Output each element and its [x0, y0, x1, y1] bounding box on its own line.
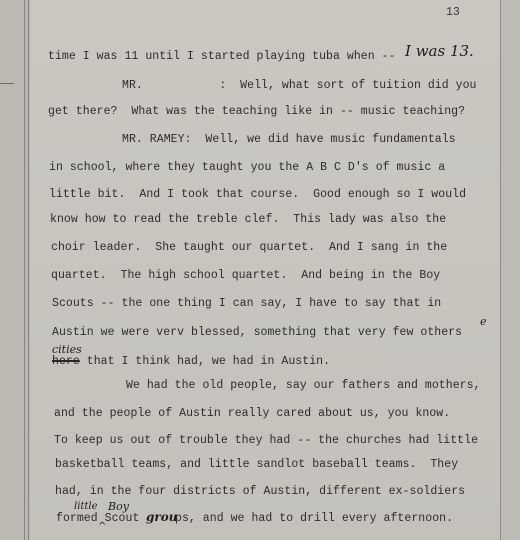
struck-word-line: here that I think had, we had in Austin.	[52, 355, 330, 368]
text-line: quartet. The high school quartet. And be…	[51, 269, 440, 282]
text-line: To keep us out of trouble they had -- th…	[54, 434, 478, 447]
page-number: 13	[446, 6, 460, 19]
right-margin	[501, 0, 520, 540]
margin-mark	[0, 83, 14, 84]
text-line: basketball teams, and little sandlot bas…	[55, 458, 458, 471]
handwritten-insert: little	[74, 501, 98, 512]
text-line: choir leader. She taught our quartet. An…	[51, 241, 447, 254]
text-line: had, in the four districts of Austin, di…	[55, 485, 465, 498]
left-margin	[0, 0, 24, 540]
handwritten-insert: I was 13.	[405, 42, 474, 60]
text-line: little bit. And I took that course. Good…	[49, 188, 466, 201]
text-line: formed Scout	[56, 512, 146, 525]
text-line: We had the old people, say our fathers a…	[126, 379, 481, 392]
text-line: in school, where they taught you the A B…	[49, 161, 445, 174]
handwritten-correction: e	[480, 315, 487, 328]
text-line-speaker: MR. : Well, what sort of tuition did you	[122, 79, 477, 92]
text-line: and the people of Austin really cared ab…	[54, 407, 450, 420]
text-line: get there? What was the teaching like in…	[48, 105, 465, 118]
struck-word: here	[52, 355, 80, 368]
text-line: Scouts -- the one thing I can say, I hav…	[52, 297, 441, 310]
text-line: time I was 11 until I started playing tu…	[48, 50, 396, 63]
page-left-border	[24, 0, 29, 540]
text-line: Austin we were verv blessed, something t…	[52, 326, 462, 339]
text-line-speaker: MR. RAMEY: Well, we did have music funda…	[122, 133, 456, 146]
text-line: that I think had, we had in Austin.	[80, 355, 330, 368]
handwritten-correction: grou	[146, 510, 177, 524]
text-line: ps, and we had to drill every afternoon.	[175, 512, 453, 525]
text-line: know how to read the treble clef. This l…	[50, 213, 446, 226]
